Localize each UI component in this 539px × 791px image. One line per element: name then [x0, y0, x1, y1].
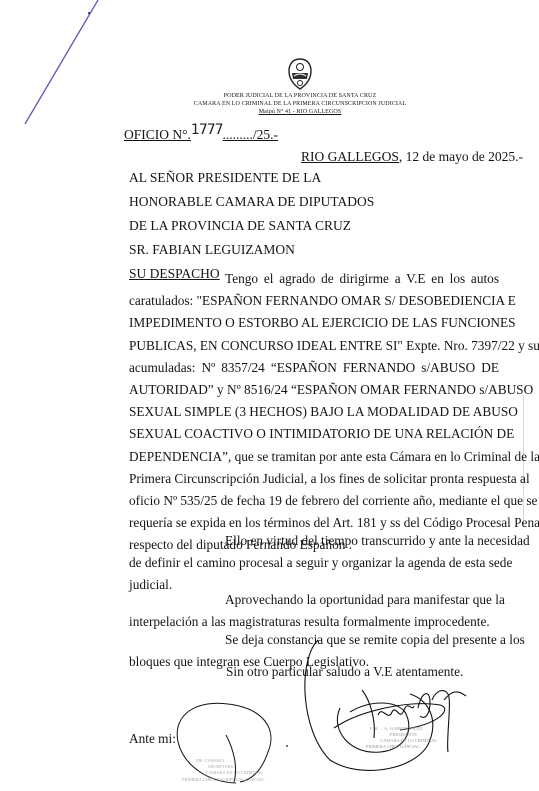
right-stamp: F. H. ... A. GARRIDO, JUEZ PRESIDENTE CA…	[366, 726, 437, 749]
svg-text:CAMARA EN LO CRIMINAL: CAMARA EN LO CRIMINAL	[206, 770, 263, 775]
svg-text:PRESIDENTE: PRESIDENTE	[390, 732, 417, 737]
svg-text:PRIMERA CIRCUNSCRIPCION JUDICI: PRIMERA CIRCUNSCRIPCION JUDICIAL	[182, 777, 265, 782]
svg-text:PRIMERA CIRC. JUDICIAL: PRIMERA CIRC. JUDICIAL	[366, 744, 420, 749]
signatures: DR. CAMARA ........ SECRETARIO CAMARA EN…	[0, 0, 539, 791]
left-stamp: DR. CAMARA ........ SECRETARIO CAMARA EN…	[182, 758, 265, 782]
svg-text:CAMARA EN LO CRIMINAL: CAMARA EN LO CRIMINAL	[380, 738, 437, 743]
svg-text:DR. CAMARA ........: DR. CAMARA ........	[196, 758, 234, 763]
right-signature-icon	[305, 640, 466, 770]
svg-text:SECRETARIO: SECRETARIO	[208, 764, 236, 769]
